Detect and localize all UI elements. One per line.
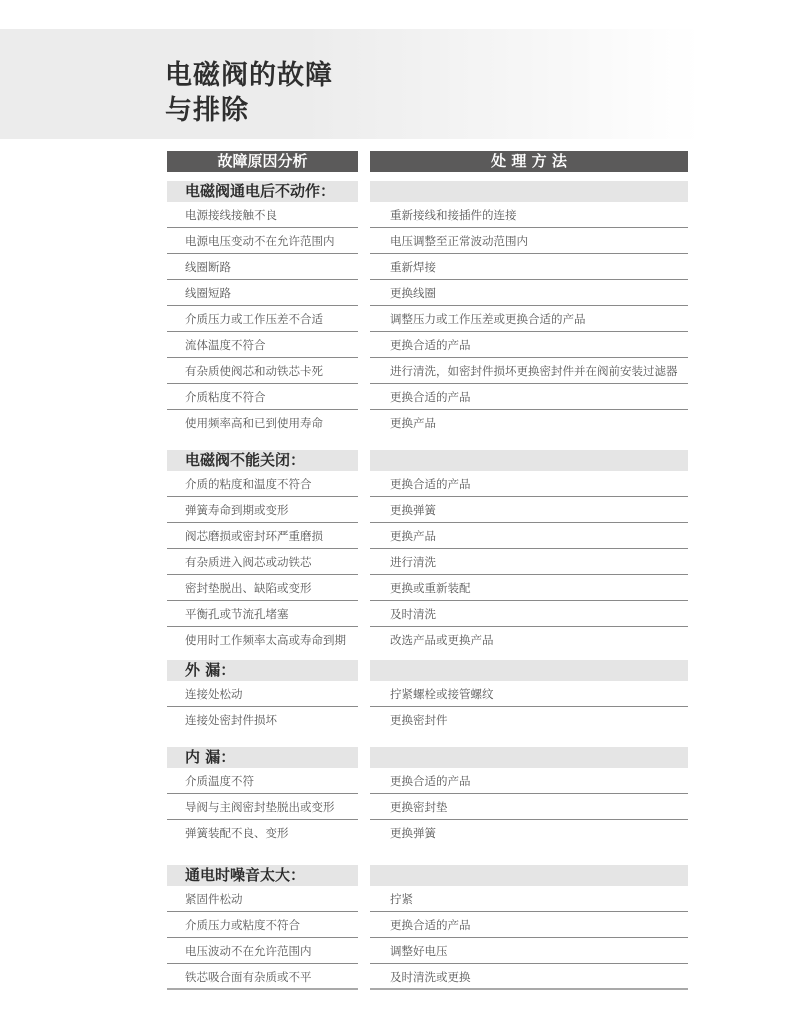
solution-cell: 及时清洗或更换 — [370, 964, 688, 990]
section-not-actuating: 电磁阀通电后不动作： 电源接线接触不良 重新接线和接插件的连接 电源电压变动不在… — [167, 181, 688, 436]
solution-cell: 更换合适的产品 — [370, 471, 688, 497]
section-internal-leak: 内 漏： 介质温度不符 更换合适的产品 导阀与主阀密封垫脱出或变形 更换密封垫 … — [167, 747, 688, 846]
table-row: 有杂质使阀芯和动铁芯卡死 进行清洗，如密封件损坏更换密封件并在阀前安装过滤器 — [167, 358, 688, 384]
solution-cell: 拧紧螺栓或接管螺纹 — [370, 681, 688, 707]
table-row: 介质压力或工作压差不合适 调整压力或工作压差或更换合适的产品 — [167, 306, 688, 332]
cause-cell: 连接处密封件损坏 — [167, 707, 358, 733]
section-heading-row: 内 漏： — [167, 747, 688, 768]
title-banner — [0, 29, 810, 139]
cause-cell: 电源电压变动不在允许范围内 — [167, 228, 358, 254]
table-row: 弹簧寿命到期或变形 更换弹簧 — [167, 497, 688, 523]
table-row: 流体温度不符合 更换合适的产品 — [167, 332, 688, 358]
solution-cell: 更换线圈 — [370, 280, 688, 306]
cause-cell: 使用时工作频率太高或寿命到期 — [167, 627, 358, 653]
page-title-line2: 与排除 — [165, 93, 333, 128]
table-row: 有杂质进入阀芯或动铁芯 进行清洗 — [167, 549, 688, 575]
solution-cell: 更换合适的产品 — [370, 768, 688, 794]
table-row: 介质温度不符 更换合适的产品 — [167, 768, 688, 794]
cause-cell: 介质粘度不符合 — [167, 384, 358, 410]
table-row: 电压波动不在允许范围内 调整好电压 — [167, 938, 688, 964]
cause-cell: 线圈短路 — [167, 280, 358, 306]
cause-cell: 平衡孔或节流孔堵塞 — [167, 601, 358, 627]
table-row: 线圈断路 重新焊接 — [167, 254, 688, 280]
cause-cell: 介质的粘度和温度不符合 — [167, 471, 358, 497]
section-cannot-close: 电磁阀不能关闭： 介质的粘度和温度不符合 更换合适的产品 弹簧寿命到期或变形 更… — [167, 450, 688, 653]
section-noise: 通电时噪音太大： 紧固件松动 拧紧 介质压力或粘度不符合 更换合适的产品 电压波… — [167, 865, 688, 990]
page-title: 电磁阀的故障 与排除 — [165, 58, 333, 128]
cause-cell: 有杂质使阀芯和动铁芯卡死 — [167, 358, 358, 384]
cause-cell: 铁芯吸合面有杂质或不平 — [167, 964, 358, 990]
solution-cell: 进行清洗，如密封件损坏更换密封件并在阀前安装过滤器 — [370, 358, 688, 384]
section-heading-row: 通电时噪音太大： — [167, 865, 688, 886]
cause-cell: 导阀与主阀密封垫脱出或变形 — [167, 794, 358, 820]
table-row: 使用时工作频率太高或寿命到期 改选产品或更换产品 — [167, 627, 688, 653]
section-heading-row: 电磁阀不能关闭： — [167, 450, 688, 471]
table-row: 电源电压变动不在允许范围内 电压调整至正常波动范围内 — [167, 228, 688, 254]
table-row: 介质的粘度和温度不符合 更换合适的产品 — [167, 471, 688, 497]
solution-cell: 更换合适的产品 — [370, 384, 688, 410]
table-row: 连接处松动 拧紧螺栓或接管螺纹 — [167, 681, 688, 707]
table-row: 紧固件松动 拧紧 — [167, 886, 688, 912]
column-header-solution: 处 理 方 法 — [370, 151, 688, 172]
section-heading: 电磁阀通电后不动作： — [167, 181, 358, 202]
cause-cell: 介质压力或工作压差不合适 — [167, 306, 358, 332]
table-row: 弹簧装配不良、变形 更换弹簧 — [167, 820, 688, 846]
cause-cell: 连接处松动 — [167, 681, 358, 707]
cause-cell: 线圈断路 — [167, 254, 358, 280]
solution-cell: 更换合适的产品 — [370, 912, 688, 938]
section-heading-blank — [370, 181, 688, 202]
section-heading-blank — [370, 450, 688, 471]
solution-cell: 调整压力或工作压差或更换合适的产品 — [370, 306, 688, 332]
table-header: 故障原因分析 处 理 方 法 — [167, 151, 688, 172]
solution-cell: 改选产品或更换产品 — [370, 627, 688, 653]
cause-cell: 有杂质进入阀芯或动铁芯 — [167, 549, 358, 575]
solution-cell: 更换产品 — [370, 410, 688, 436]
cause-cell: 流体温度不符合 — [167, 332, 358, 358]
table-row: 铁芯吸合面有杂质或不平 及时清洗或更换 — [167, 964, 688, 990]
section-heading-blank — [370, 865, 688, 886]
cause-cell: 介质温度不符 — [167, 768, 358, 794]
solution-cell: 电压调整至正常波动范围内 — [370, 228, 688, 254]
section-heading: 电磁阀不能关闭： — [167, 450, 358, 471]
cause-cell: 使用频率高和已到使用寿命 — [167, 410, 358, 436]
solution-cell: 调整好电压 — [370, 938, 688, 964]
section-heading-blank — [370, 660, 688, 681]
cause-cell: 紧固件松动 — [167, 886, 358, 912]
cause-cell: 弹簧装配不良、变形 — [167, 820, 358, 846]
table-row: 介质压力或粘度不符合 更换合适的产品 — [167, 912, 688, 938]
solution-cell: 更换合适的产品 — [370, 332, 688, 358]
cause-cell: 电压波动不在允许范围内 — [167, 938, 358, 964]
solution-cell: 更换产品 — [370, 523, 688, 549]
solution-cell: 更换弹簧 — [370, 820, 688, 846]
cause-cell: 密封垫脱出、缺陷或变形 — [167, 575, 358, 601]
solution-cell: 进行清洗 — [370, 549, 688, 575]
section-heading-row: 电磁阀通电后不动作： — [167, 181, 688, 202]
table-row: 介质粘度不符合 更换合适的产品 — [167, 384, 688, 410]
table-row: 电源接线接触不良 重新接线和接插件的连接 — [167, 202, 688, 228]
page-title-line1: 电磁阀的故障 — [165, 58, 333, 93]
section-heading: 外 漏： — [167, 660, 358, 681]
solution-cell: 更换或重新装配 — [370, 575, 688, 601]
table-row: 平衡孔或节流孔堵塞 及时清洗 — [167, 601, 688, 627]
solution-cell: 更换密封件 — [370, 707, 688, 733]
cause-cell: 介质压力或粘度不符合 — [167, 912, 358, 938]
solution-cell: 重新焊接 — [370, 254, 688, 280]
table-row: 线圈短路 更换线圈 — [167, 280, 688, 306]
section-heading: 内 漏： — [167, 747, 358, 768]
solution-cell: 重新接线和接插件的连接 — [370, 202, 688, 228]
section-heading: 通电时噪音太大： — [167, 865, 358, 886]
troubleshooting-table: 故障原因分析 处 理 方 法 电磁阀通电后不动作： 电源接线接触不良 重新接线和… — [167, 151, 688, 172]
cause-cell: 阀芯磨损或密封环严重磨损 — [167, 523, 358, 549]
solution-cell: 更换密封垫 — [370, 794, 688, 820]
table-row: 导阀与主阀密封垫脱出或变形 更换密封垫 — [167, 794, 688, 820]
solution-cell: 更换弹簧 — [370, 497, 688, 523]
column-header-cause: 故障原因分析 — [167, 151, 358, 172]
table-row: 阀芯磨损或密封环严重磨损 更换产品 — [167, 523, 688, 549]
cause-cell: 弹簧寿命到期或变形 — [167, 497, 358, 523]
section-heading-row: 外 漏： — [167, 660, 688, 681]
solution-cell: 拧紧 — [370, 886, 688, 912]
table-row: 密封垫脱出、缺陷或变形 更换或重新装配 — [167, 575, 688, 601]
solution-cell: 及时清洗 — [370, 601, 688, 627]
table-row: 使用频率高和已到使用寿命 更换产品 — [167, 410, 688, 436]
section-external-leak: 外 漏： 连接处松动 拧紧螺栓或接管螺纹 连接处密封件损坏 更换密封件 — [167, 660, 688, 733]
section-heading-blank — [370, 747, 688, 768]
table-row: 连接处密封件损坏 更换密封件 — [167, 707, 688, 733]
cause-cell: 电源接线接触不良 — [167, 202, 358, 228]
